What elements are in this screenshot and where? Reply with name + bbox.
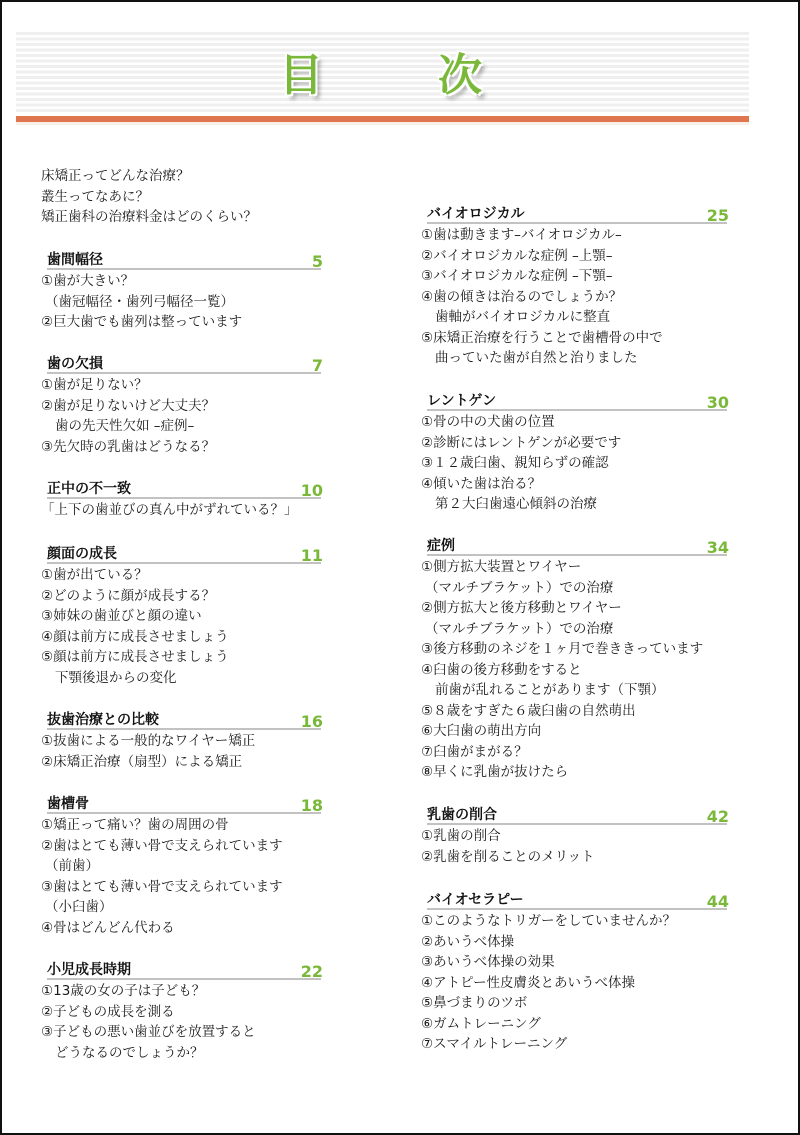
intro-item[interactable]: 床矯正ってどんな治療？ <box>41 166 257 187</box>
toc-entry[interactable]: 「上下の歯並びの真ん中がずれている？」 <box>41 500 321 521</box>
section-items: ①歯が大きい？（歯冠幅径・歯列弓幅径一覧）②巨大歯でも歯列は整っています <box>41 271 321 333</box>
toc-section: バイオロジカル25①歯は動きます–バイオロジカル–②バイオロジカルな症例 –上顎… <box>421 202 727 369</box>
toc-entry[interactable]: ②側方拡大と後方移動とワイヤー <box>421 598 727 619</box>
toc-entry[interactable]: ①歯が足りない？ <box>41 375 321 396</box>
toc-section: 歯の欠損7①歯が足りない？②歯が足りないけど大丈夫？歯の先天性欠如 –症例–③先… <box>41 352 321 457</box>
toc-section: 乳歯の削合42①乳歯の削合②乳歯を削ることのメリット <box>421 803 727 867</box>
toc-entry[interactable]: ①抜歯による一般的なワイヤー矯正 <box>41 731 321 752</box>
section-title: 抜歯治療との比較 <box>47 709 159 729</box>
toc-entry[interactable]: ③バイオロジカルな症例 –下顎– <box>421 266 727 287</box>
header-rule-shadow <box>16 122 749 125</box>
section-heading[interactable]: レントゲン30 <box>427 389 727 411</box>
toc-entry[interactable]: ①側方拡大装置とワイヤー <box>421 557 727 578</box>
section-title: 乳歯の削合 <box>427 804 497 824</box>
section-items: ①抜歯による一般的なワイヤー矯正②床矯正治療（扇型）による矯正 <box>41 731 321 772</box>
toc-entry[interactable]: 曲っていた歯が自然と治りました <box>421 348 727 369</box>
section-items: ①歯が出ている？②どのように顔が成長する？③姉妹の歯並びと顔の違い④顔は前方に成… <box>41 565 321 688</box>
toc-entry[interactable]: ①乳歯の削合 <box>421 826 727 847</box>
section-items: 「上下の歯並びの真ん中がずれている？」 <box>41 500 321 521</box>
toc-entry[interactable]: ②歯はとても薄い骨で支えられています <box>41 836 321 857</box>
page-title-char-2: 次 <box>438 54 482 98</box>
section-heading[interactable]: 抜歯治療との比較16 <box>47 708 321 730</box>
section-heading[interactable]: 症例34 <box>427 534 727 556</box>
section-items: ①このようなトリガーをしていませんか？②あいうべ体操③あいうべ体操の効果④アトピ… <box>421 911 727 1055</box>
section-page-number: 42 <box>707 807 729 826</box>
toc-entry[interactable]: ⑤顔は前方に成長させましょう <box>41 647 321 668</box>
section-heading[interactable]: 乳歯の削合42 <box>427 803 727 825</box>
section-page-number: 10 <box>301 481 323 500</box>
toc-section: 抜歯治療との比較16①抜歯による一般的なワイヤー矯正②床矯正治療（扇型）による矯… <box>41 708 321 772</box>
toc-entry[interactable]: ⑦臼歯がまがる？ <box>421 742 727 763</box>
section-page-number: 7 <box>312 356 323 375</box>
toc-entry[interactable]: ①歯は動きます–バイオロジカル– <box>421 225 727 246</box>
section-heading[interactable]: 正中の不一致10 <box>47 477 321 499</box>
toc-entry[interactable]: ②あいうべ体操 <box>421 932 727 953</box>
toc-entry[interactable]: ②乳歯を削ることのメリット <box>421 847 727 868</box>
section-heading[interactable]: 小児成長時期22 <box>47 958 321 980</box>
section-page-number: 34 <box>707 538 729 557</box>
toc-section: バイオセラピー44①このようなトリガーをしていませんか？②あいうべ体操③あいうべ… <box>421 888 727 1055</box>
toc-entry[interactable]: （前歯） <box>41 856 321 877</box>
section-items: ①13歳の女の子は子ども？②子どもの成長を測る③子どもの悪い歯並びを放置するとど… <box>41 981 321 1063</box>
intro-item[interactable]: 矯正歯科の治療料金はどのくらい？ <box>41 207 257 228</box>
toc-entry[interactable]: ①矯正って痛い？歯の周囲の骨 <box>41 815 321 836</box>
toc-entry[interactable]: ①このようなトリガーをしていませんか？ <box>421 911 727 932</box>
toc-entry[interactable]: ③先欠時の乳歯はどうなる？ <box>41 437 321 458</box>
intro-item[interactable]: 叢生ってなあに？ <box>41 187 257 208</box>
toc-entry[interactable]: ④臼歯の後方移動をすると <box>421 660 727 681</box>
section-heading[interactable]: バイオセラピー44 <box>427 888 727 910</box>
section-items: ①乳歯の削合②乳歯を削ることのメリット <box>421 826 727 867</box>
toc-entry[interactable]: ④傾いた歯は治る？ <box>421 474 727 495</box>
toc-entry[interactable]: ①歯が大きい？ <box>41 271 321 292</box>
section-title: バイオロジカル <box>427 203 525 223</box>
toc-entry[interactable]: 第２大臼歯遠心傾斜の治療 <box>421 494 727 515</box>
toc-section: 正中の不一致10「上下の歯並びの真ん中がずれている？」 <box>41 477 321 521</box>
toc-entry[interactable]: ③１２歳臼歯、親知らずの確認 <box>421 453 727 474</box>
toc-entry[interactable]: （小臼歯） <box>41 897 321 918</box>
toc-entry[interactable]: 歯軸がバイオロジカルに整直 <box>421 307 727 328</box>
toc-section: 症例34①側方拡大装置とワイヤー（マルチブラケット）での治療②側方拡大と後方移動… <box>421 534 727 783</box>
section-page-number: 11 <box>301 546 323 565</box>
toc-entry[interactable]: 歯の先天性欠如 –症例– <box>41 416 321 437</box>
section-page-number: 22 <box>301 962 323 981</box>
section-items: ①骨の中の犬歯の位置②診断にはレントゲンが必要です③１２歳臼歯、親知らずの確認④… <box>421 412 727 515</box>
toc-entry[interactable]: ④歯の傾きは治るのでしょうか？ <box>421 287 727 308</box>
section-title: 症例 <box>427 535 455 555</box>
toc-entry[interactable]: ⑥大臼歯の萌出方向 <box>421 721 727 742</box>
toc-section: 歯槽骨18①矯正って痛い？歯の周囲の骨②歯はとても薄い骨で支えられています（前歯… <box>41 792 321 938</box>
toc-entry[interactable]: ⑤床矯正治療を行うことで歯槽骨の中で <box>421 328 727 349</box>
toc-entry[interactable]: ④骨はどんどん代わる <box>41 918 321 939</box>
toc-page: 目 次 床矯正ってどんな治療？ 叢生ってなあに？ 矯正歯科の治療料金はどのくらい… <box>0 0 800 1135</box>
section-title: レントゲン <box>427 390 496 410</box>
header-stripe-band <box>16 32 749 114</box>
toc-entry[interactable]: ①歯が出ている？ <box>41 565 321 586</box>
toc-entry[interactable]: ②歯が足りないけど大丈夫？ <box>41 396 321 417</box>
toc-entry[interactable]: ⑥ガムトレーニング <box>421 1014 727 1035</box>
section-page-number: 30 <box>707 393 729 412</box>
toc-entry[interactable]: ③あいうべ体操の効果 <box>421 952 727 973</box>
toc-entry[interactable]: ②診断にはレントゲンが必要です <box>421 433 727 454</box>
section-heading[interactable]: 歯間幅径5 <box>47 248 321 270</box>
section-heading[interactable]: 歯の欠損7 <box>47 352 321 374</box>
section-heading[interactable]: 顔面の成長11 <box>47 542 321 564</box>
toc-entry[interactable]: （マルチブラケット）での治療 <box>421 619 727 640</box>
section-page-number: 18 <box>301 796 323 815</box>
toc-entry[interactable]: ②どのように顔が成長する？ <box>41 586 321 607</box>
section-page-number: 25 <box>707 206 729 225</box>
section-page-number: 44 <box>707 892 729 911</box>
section-title: 小児成長時期 <box>47 959 131 979</box>
toc-entry[interactable]: ④アトピー性皮膚炎とあいうべ体操 <box>421 973 727 994</box>
section-items: ①歯が足りない？②歯が足りないけど大丈夫？歯の先天性欠如 –症例–③先欠時の乳歯… <box>41 375 321 457</box>
toc-entry[interactable]: ⑧早くに乳歯が抜けたら <box>421 762 727 783</box>
toc-entry[interactable]: ②バイオロジカルな症例 –上顎– <box>421 246 727 267</box>
toc-entry[interactable]: ①13歳の女の子は子ども？ <box>41 981 321 1002</box>
toc-entry[interactable]: ①骨の中の犬歯の位置 <box>421 412 727 433</box>
toc-entry[interactable]: ⑤８歳をすぎた６歳臼歯の自然萌出 <box>421 701 727 722</box>
section-title: 歯槽骨 <box>47 793 89 813</box>
toc-entry[interactable]: （歯冠幅径・歯列弓幅径一覧） <box>41 292 321 313</box>
intro-list: 床矯正ってどんな治療？ 叢生ってなあに？ 矯正歯科の治療料金はどのくらい？ <box>41 166 257 228</box>
section-items: ①側方拡大装置とワイヤー（マルチブラケット）での治療②側方拡大と後方移動とワイヤ… <box>421 557 727 783</box>
section-title: 歯間幅径 <box>47 249 103 269</box>
toc-entry[interactable]: ③歯はとても薄い骨で支えられています <box>41 877 321 898</box>
toc-entry[interactable]: ②床矯正治療（扇型）による矯正 <box>41 752 321 773</box>
section-title: 歯の欠損 <box>47 353 103 373</box>
section-title: バイオセラピー <box>427 889 524 909</box>
toc-entry[interactable]: ②子どもの成長を測る <box>41 1002 321 1023</box>
toc-section: レントゲン30①骨の中の犬歯の位置②診断にはレントゲンが必要です③１２歳臼歯、親… <box>421 389 727 515</box>
toc-entry[interactable]: 前歯が乱れることがあります（下顎） <box>421 680 727 701</box>
section-title: 顔面の成長 <box>47 543 117 563</box>
toc-entry[interactable]: （マルチブラケット）での治療 <box>421 578 727 599</box>
toc-entry[interactable]: ⑤鼻づまりのツボ <box>421 993 727 1014</box>
section-page-number: 16 <box>301 712 323 731</box>
toc-section: 顔面の成長11①歯が出ている？②どのように顔が成長する？③姉妹の歯並びと顔の違い… <box>41 542 321 688</box>
toc-section: 歯間幅径5①歯が大きい？（歯冠幅径・歯列弓幅径一覧）②巨大歯でも歯列は整っていま… <box>41 248 321 333</box>
toc-entry[interactable]: ③姉妹の歯並びと顔の違い <box>41 606 321 627</box>
toc-section: 小児成長時期22①13歳の女の子は子ども？②子どもの成長を測る③子どもの悪い歯並… <box>41 958 321 1063</box>
toc-entry[interactable]: 下顎後退からの変化 <box>41 668 321 689</box>
toc-entry[interactable]: ③子どもの悪い歯並びを放置すると <box>41 1022 321 1043</box>
section-page-number: 5 <box>312 252 323 271</box>
toc-entry[interactable]: ③後方移動のネジを１ヶ月で巻ききっています <box>421 639 727 660</box>
toc-entry[interactable]: ⑦スマイルトレーニング <box>421 1034 727 1055</box>
section-items: ①歯は動きます–バイオロジカル–②バイオロジカルな症例 –上顎–③バイオロジカル… <box>421 225 727 369</box>
section-heading[interactable]: バイオロジカル25 <box>427 202 727 224</box>
page-title-char-1: 目 <box>279 54 323 98</box>
section-heading[interactable]: 歯槽骨18 <box>47 792 321 814</box>
section-items: ①矯正って痛い？歯の周囲の骨②歯はとても薄い骨で支えられています（前歯）③歯はと… <box>41 815 321 938</box>
toc-entry[interactable]: どうなるのでしょうか？ <box>41 1043 321 1064</box>
toc-entry[interactable]: ②巨大歯でも歯列は整っています <box>41 312 321 333</box>
toc-entry[interactable]: ④顔は前方に成長させましょう <box>41 627 321 648</box>
section-title: 正中の不一致 <box>47 478 131 498</box>
